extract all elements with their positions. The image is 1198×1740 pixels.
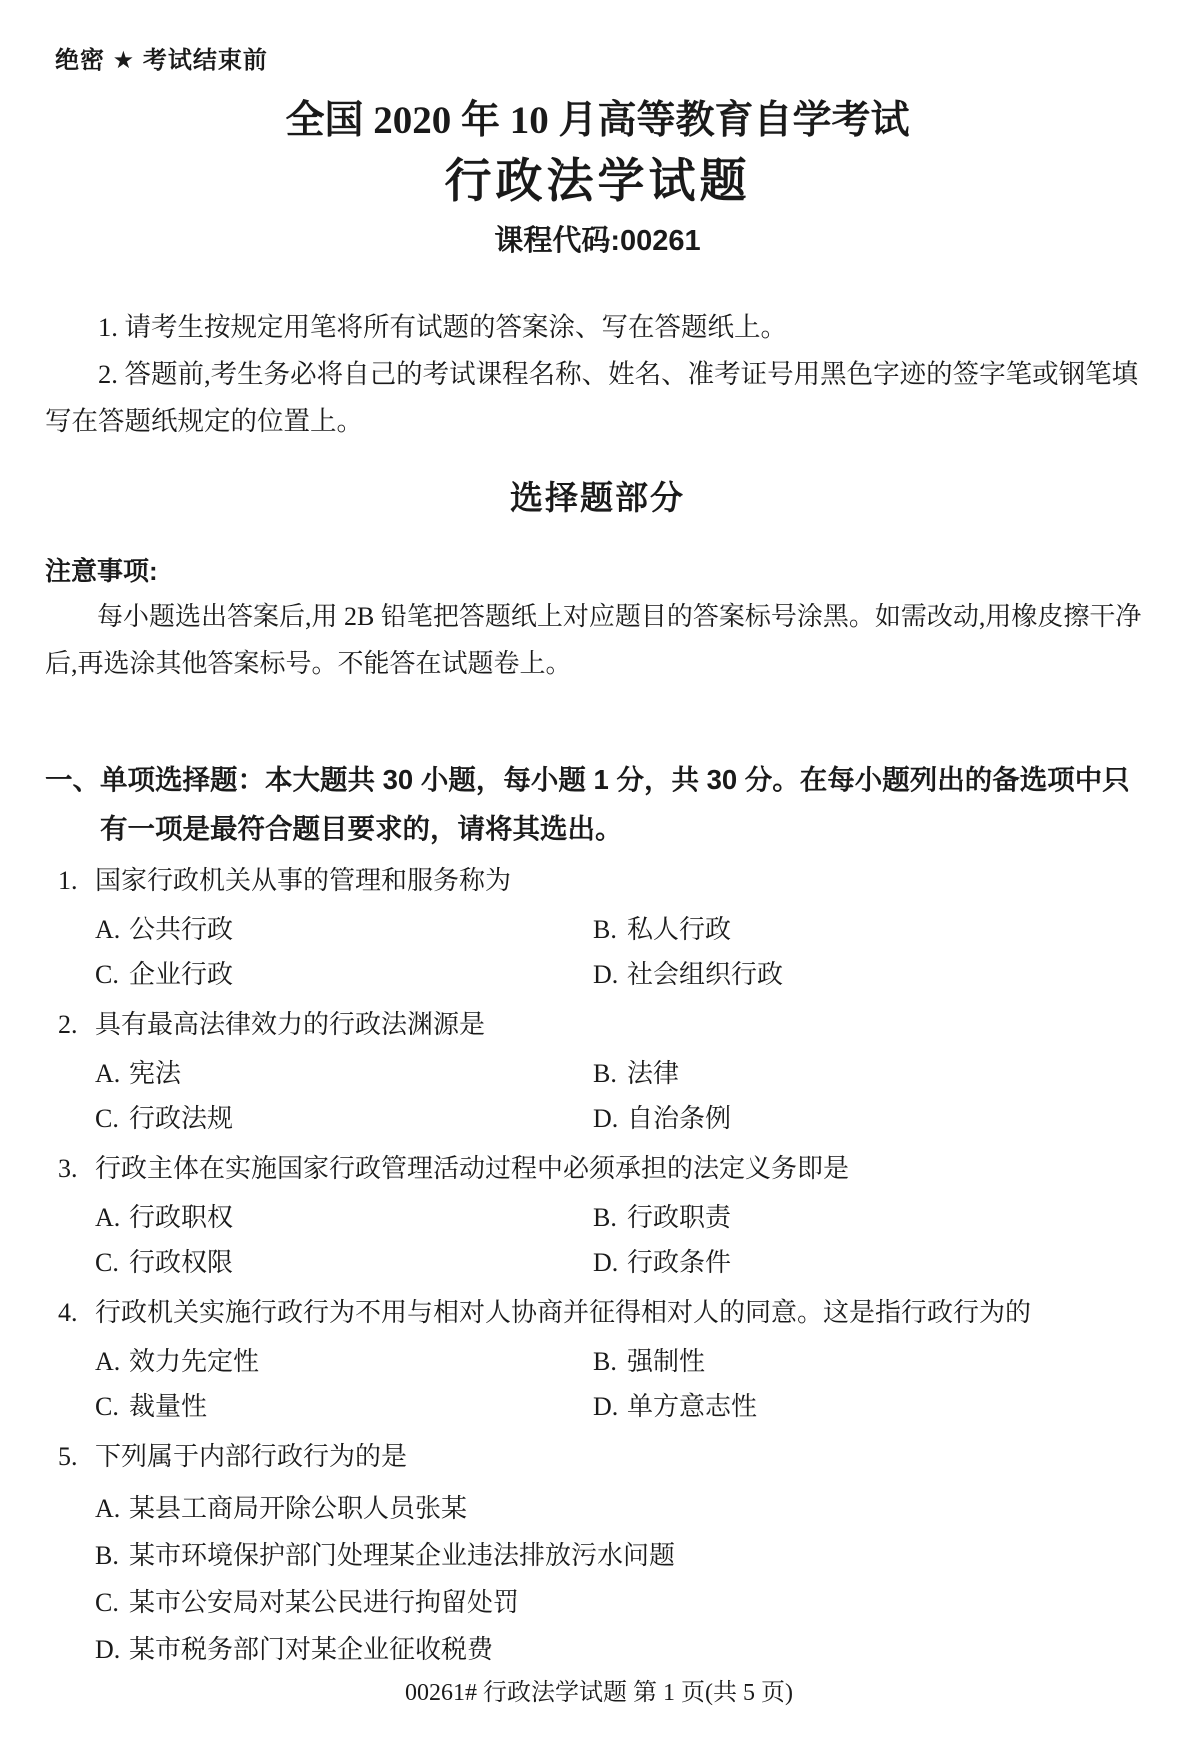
question-stem: 国家行政机关从事的管理和服务称为 <box>95 858 1150 904</box>
option-text: 私人行政 <box>627 915 731 944</box>
option-label: B. <box>593 1339 627 1384</box>
options-list: A.某县工商局开除公职人员张某 B.某市环境保护部门处理某企业违法排放污水问题 … <box>45 1485 1150 1673</box>
instruction-item-2: 2. 答题前,考生务必将自己的考试课程名称、姓名、准考证号用黑色字迹的签字笔或钢… <box>45 351 1150 445</box>
options-grid: A.行政职权 B.行政职责 C.行政权限 D.行政条件 <box>45 1195 1150 1285</box>
option-text: 效力先定性 <box>129 1347 259 1376</box>
option: D.单方意志性 <box>593 1384 1150 1429</box>
part-one-header: 一、单项选择题：本大题共 30 小题，每小题 1 分，共 30 分。在每小题列出… <box>45 755 1150 853</box>
options-grid: A.效力先定性 B.强制性 C.裁量性 D.单方意志性 <box>45 1339 1150 1429</box>
page-footer: 00261# 行政法学试题 第 1 页(共 5 页) <box>0 1678 1198 1708</box>
option-label: A. <box>95 1051 129 1096</box>
option-label: B. <box>593 1195 627 1240</box>
option: D.社会组织行政 <box>593 952 1150 997</box>
option: C.行政法规 <box>95 1096 593 1141</box>
instruction-item-1: 1. 请考生按规定用笔将所有试题的答案涂、写在答题纸上。 <box>45 304 1150 351</box>
option: D.自治条例 <box>593 1096 1150 1141</box>
option-label: A. <box>95 1195 129 1240</box>
option: C.某市公安局对某公民进行拘留处罚 <box>95 1579 1150 1626</box>
option-label: D. <box>95 1626 129 1673</box>
option-label: A. <box>95 1485 129 1532</box>
option-label: C. <box>95 1579 129 1626</box>
option-text: 自治条例 <box>627 1104 731 1133</box>
option-label: B. <box>593 907 627 952</box>
exam-title-line1: 全国 2020 年 10 月高等教育自学考试 <box>45 96 1150 146</box>
exam-title-line2: 行政法学试题 <box>45 152 1150 210</box>
option: D.行政条件 <box>593 1240 1150 1285</box>
question-number: 2. <box>45 1002 95 1048</box>
option-text: 企业行政 <box>129 960 233 989</box>
option-text: 行政职责 <box>627 1203 731 1232</box>
option-label: D. <box>593 1240 627 1285</box>
option-label: C. <box>95 1240 129 1285</box>
option-label: D. <box>593 1384 627 1429</box>
option: B.法律 <box>593 1051 1150 1096</box>
option: A.某县工商局开除公职人员张某 <box>95 1485 1150 1532</box>
option-text: 法律 <box>627 1059 679 1088</box>
option-text: 某县工商局开除公职人员张某 <box>129 1494 467 1523</box>
option: C.企业行政 <box>95 952 593 997</box>
general-instructions: 1. 请考生按规定用笔将所有试题的答案涂、写在答题纸上。 2. 答题前,考生务必… <box>45 304 1150 445</box>
option-text: 某市税务部门对某企业征收税费 <box>129 1635 493 1664</box>
question-number: 3. <box>45 1146 95 1192</box>
option: A.宪法 <box>95 1051 593 1096</box>
question-5: 5. 下列属于内部行政行为的是 A.某县工商局开除公职人员张某 B.某市环境保护… <box>45 1434 1150 1673</box>
option: C.裁量性 <box>95 1384 593 1429</box>
option: C.行政权限 <box>95 1240 593 1285</box>
option-text: 社会组织行政 <box>627 960 783 989</box>
option-text: 行政法规 <box>129 1104 233 1133</box>
question-1: 1. 国家行政机关从事的管理和服务称为 A.公共行政 B.私人行政 C.企业行政… <box>45 858 1150 997</box>
option-label: B. <box>95 1532 129 1579</box>
option-text: 宪法 <box>129 1059 181 1088</box>
question-number: 5. <box>45 1434 95 1480</box>
question-number: 4. <box>45 1290 95 1336</box>
option-label: C. <box>95 1096 129 1141</box>
course-code: 课程代码:00261 <box>45 224 1150 258</box>
option-label: C. <box>95 952 129 997</box>
exam-paper-page: 绝密 ★ 考试结束前 全国 2020 年 10 月高等教育自学考试 行政法学试题… <box>0 0 1198 1740</box>
option: B.私人行政 <box>593 907 1150 952</box>
option-label: D. <box>593 952 627 997</box>
notice-label: 注意事项: <box>45 555 1150 587</box>
option: A.行政职权 <box>95 1195 593 1240</box>
question-4: 4. 行政机关实施行政行为不用与相对人协商并征得相对人的同意。这是指行政行为的 … <box>45 1290 1150 1429</box>
option-text: 某市环境保护部门处理某企业违法排放污水问题 <box>129 1541 675 1570</box>
options-grid: A.公共行政 B.私人行政 C.企业行政 D.社会组织行政 <box>45 907 1150 997</box>
question-stem: 下列属于内部行政行为的是 <box>95 1434 1150 1480</box>
question-2: 2. 具有最高法律效力的行政法渊源是 A.宪法 B.法律 C.行政法规 D.自治… <box>45 1002 1150 1141</box>
option: B.行政职责 <box>593 1195 1150 1240</box>
question-stem: 行政主体在实施国家行政管理活动过程中必须承担的法定义务即是 <box>95 1146 1150 1192</box>
section-header-choice-part: 选择题部分 <box>45 477 1150 519</box>
option: A.公共行政 <box>95 907 593 952</box>
option-text: 行政权限 <box>129 1248 233 1277</box>
question-stem: 行政机关实施行政行为不用与相对人协商并征得相对人的同意。这是指行政行为的 <box>95 1290 1150 1336</box>
security-classification: 绝密 ★ 考试结束前 <box>45 46 1150 76</box>
options-grid: A.宪法 B.法律 C.行政法规 D.自治条例 <box>45 1051 1150 1141</box>
option: D.某市税务部门对某企业征收税费 <box>95 1626 1150 1673</box>
option-text: 某市公安局对某公民进行拘留处罚 <box>129 1588 519 1617</box>
question-number: 1. <box>45 858 95 904</box>
option-text: 强制性 <box>627 1347 705 1376</box>
option-label: A. <box>95 1339 129 1384</box>
option-label: C. <box>95 1384 129 1429</box>
option-label: A. <box>95 907 129 952</box>
option: B.强制性 <box>593 1339 1150 1384</box>
option-text: 单方意志性 <box>627 1392 757 1421</box>
option-label: D. <box>593 1096 627 1141</box>
option-text: 行政职权 <box>129 1203 233 1232</box>
option-text: 行政条件 <box>627 1248 731 1277</box>
option: A.效力先定性 <box>95 1339 593 1384</box>
option-text: 裁量性 <box>129 1392 207 1421</box>
option-text: 公共行政 <box>129 915 233 944</box>
notice-body: 每小题选出答案后,用 2B 铅笔把答题纸上对应题目的答案标号涂黑。如需改动,用橡… <box>45 593 1150 687</box>
question-stem: 具有最高法律效力的行政法渊源是 <box>95 1002 1150 1048</box>
option-label: B. <box>593 1051 627 1096</box>
question-3: 3. 行政主体在实施国家行政管理活动过程中必须承担的法定义务即是 A.行政职权 … <box>45 1146 1150 1285</box>
option: B.某市环境保护部门处理某企业违法排放污水问题 <box>95 1532 1150 1579</box>
